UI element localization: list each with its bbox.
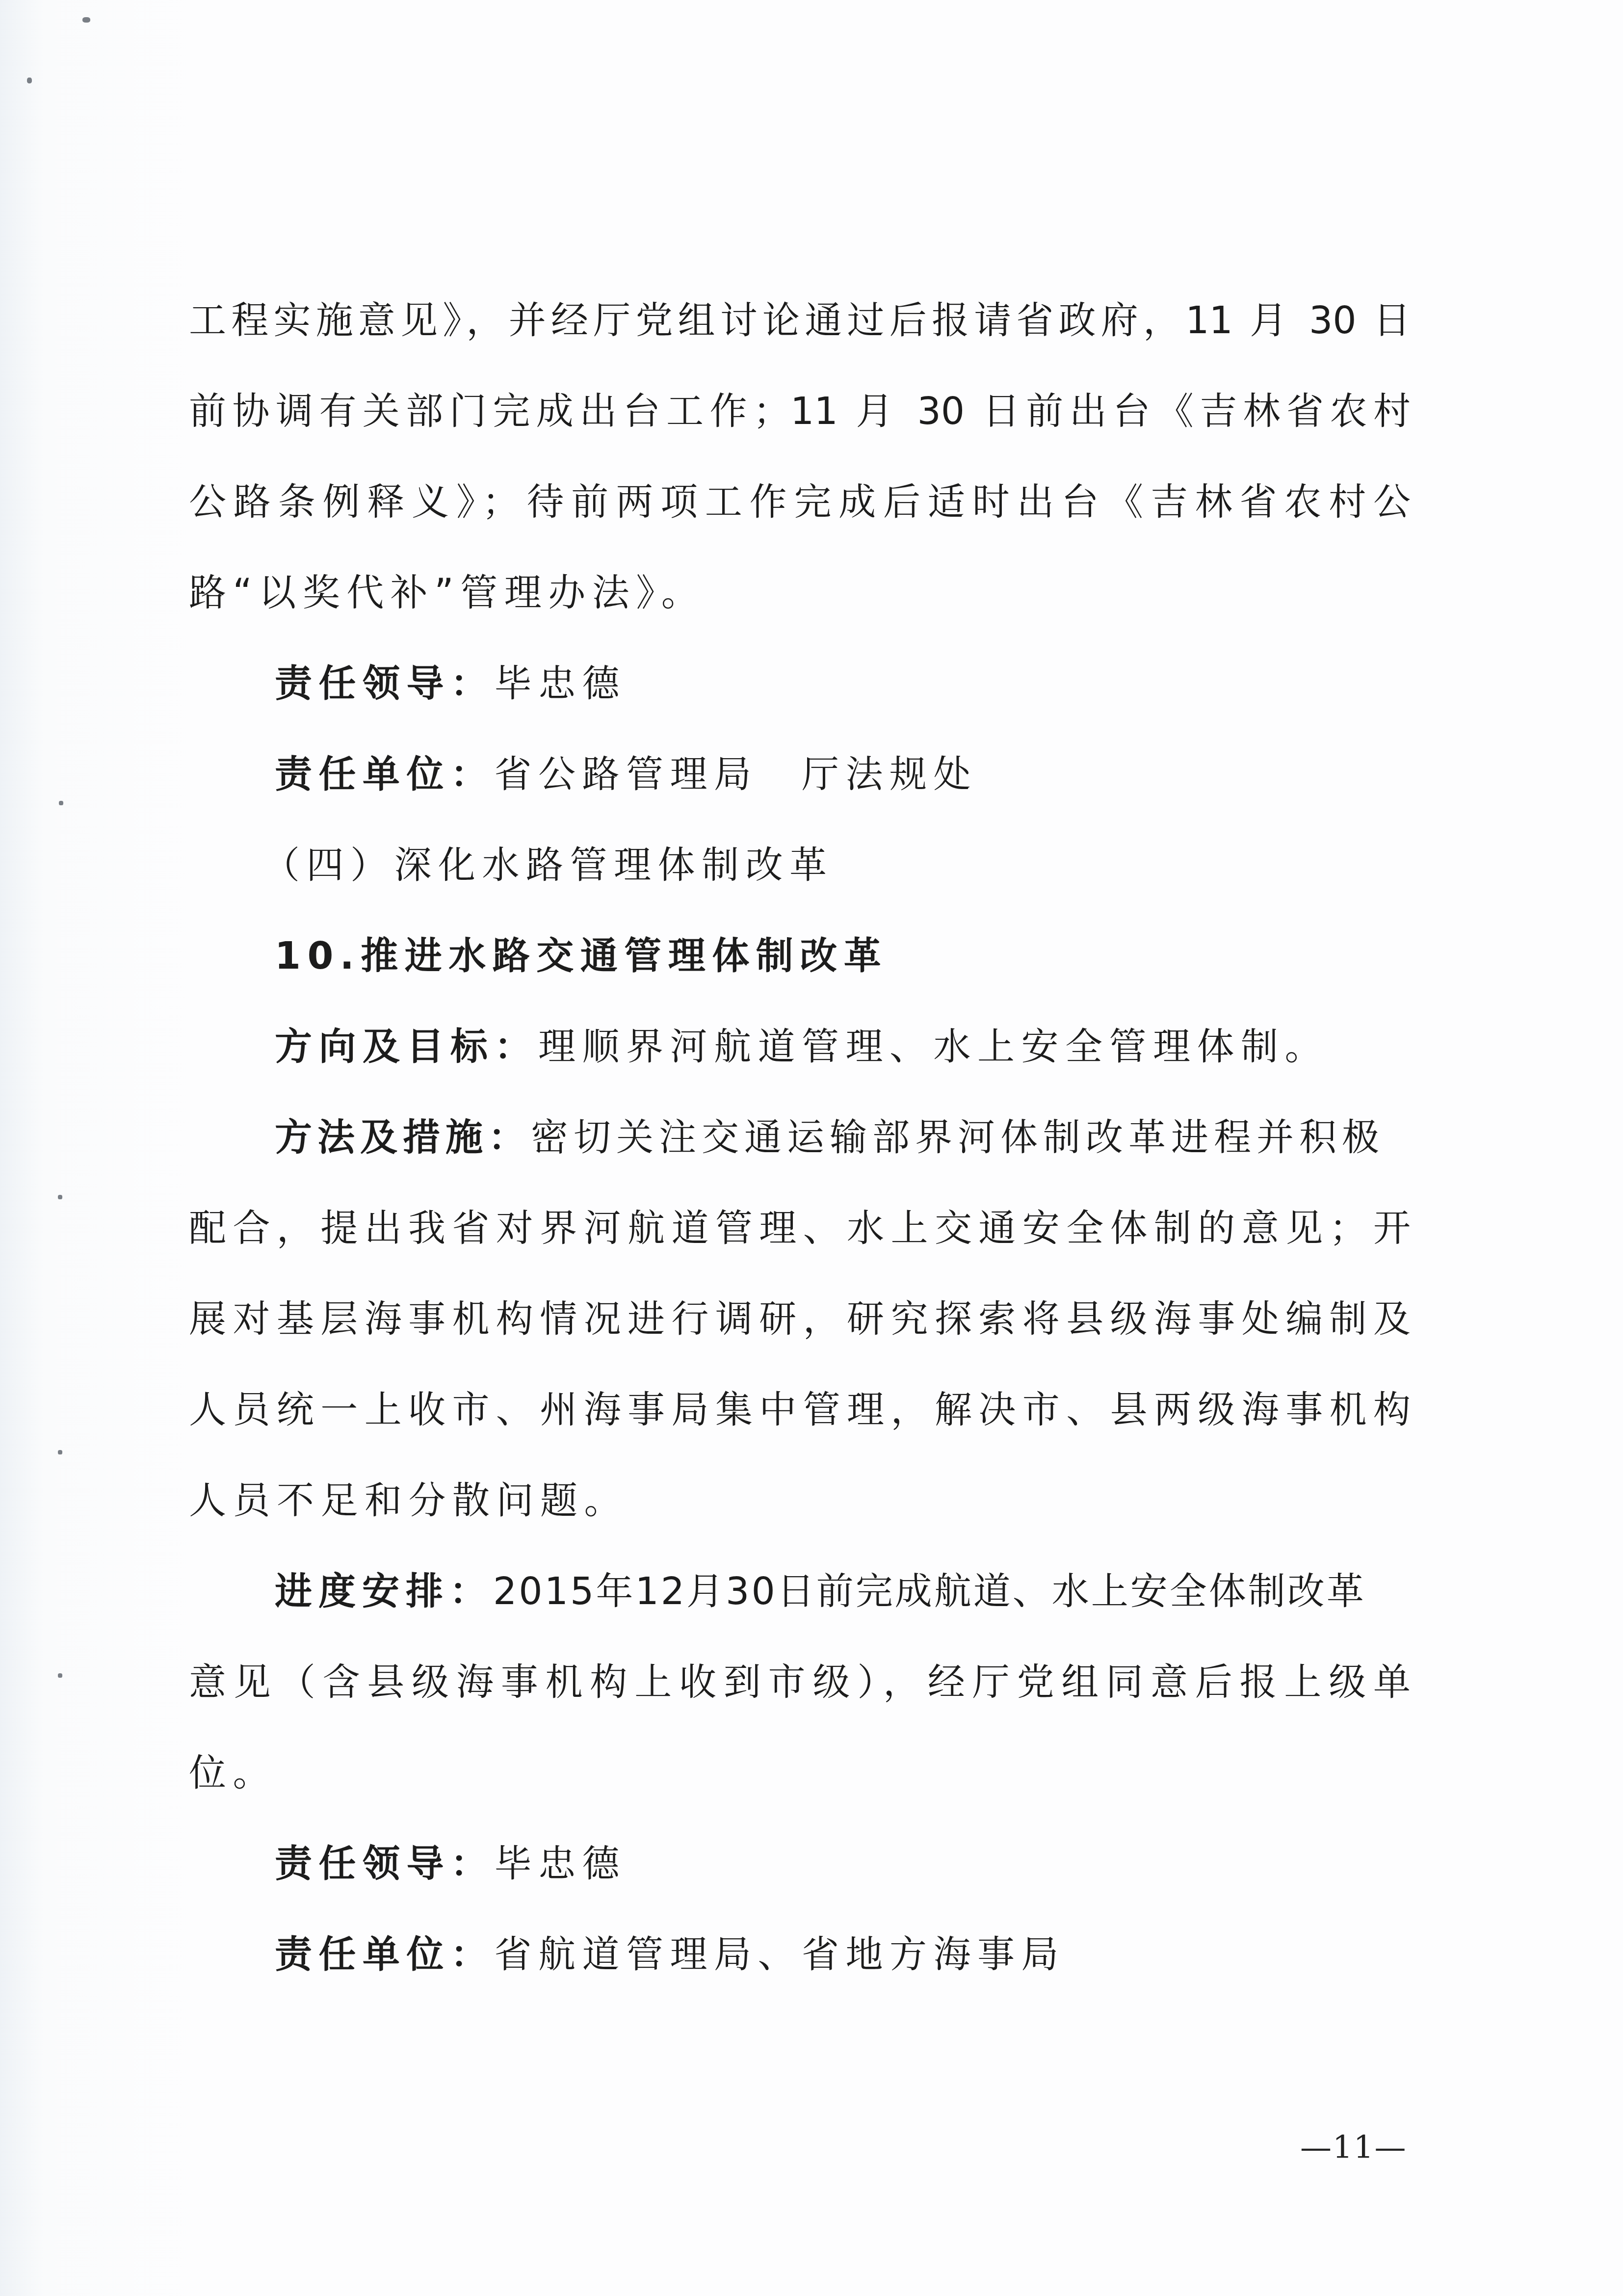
item-heading: 10.推进水路交通管理体制改革 xyxy=(189,910,1411,1001)
scan-mark xyxy=(27,78,32,83)
responsible-leader-line: 责任领导：毕忠德 xyxy=(189,1818,1411,1909)
body-line: 前协调有关部门完成出台工作；11 月 30 日前出台《吉林省农村 xyxy=(189,366,1411,456)
direction-goal-value: 理顺界河航道管理、水上安全管理体制。 xyxy=(538,1025,1329,1068)
scan-mark xyxy=(59,801,63,805)
scan-mark xyxy=(58,1673,62,1678)
scan-mark xyxy=(58,1195,62,1199)
section-heading: （四）深化水路管理体制改革 xyxy=(189,819,1411,910)
schedule-value: 2015年12月30日前完成航道、水上安全体制改革 xyxy=(493,1569,1366,1613)
direction-goal-line: 方向及目标：理顺界河航道管理、水上安全管理体制。 xyxy=(189,1001,1411,1092)
responsible-unit-label: 责任单位： xyxy=(275,752,495,796)
body-line: 配合，提出我省对界河航道管理、水上交通安全体制的意见；开 xyxy=(189,1183,1411,1273)
scanned-page: 工程实施意见》，并经厅党组讨论通过后报请省政府，11 月 30 日 前协调有关部… xyxy=(0,0,1623,2296)
responsible-leader-value: 毕忠德 xyxy=(495,661,627,705)
schedule-label: 进度安排： xyxy=(275,1569,493,1613)
scan-mark xyxy=(82,17,90,23)
methods-measures-line: 方法及措施：密切关注交通运输部界河体制改革进程并积极 xyxy=(189,1092,1411,1183)
responsible-unit-label: 责任单位： xyxy=(275,1932,495,1976)
responsible-unit-value: 省公路管理局 厅法规处 xyxy=(495,752,978,796)
responsible-leader-label: 责任领导： xyxy=(275,1842,495,1885)
scan-mark xyxy=(58,1450,62,1454)
methods-measures-label: 方法及措施： xyxy=(275,1115,531,1159)
body-line: 公路条例释义》；待前两项工作完成后适时出台《吉林省农村公 xyxy=(189,456,1411,547)
direction-goal-label: 方向及目标： xyxy=(275,1025,538,1068)
document-body: 工程实施意见》，并经厅党组讨论通过后报请省政府，11 月 30 日 前协调有关部… xyxy=(189,275,1411,2000)
body-line: 人员统一上收市、州海事局集中管理，解决市、县两级海事机构 xyxy=(189,1364,1411,1455)
responsible-leader-line: 责任领导：毕忠德 xyxy=(189,638,1411,729)
body-line: 路“以奖代补”管理办法》。 xyxy=(189,547,1411,638)
body-line: 展对基层海事机构情况进行调研，研究探索将县级海事处编制及 xyxy=(189,1273,1411,1364)
responsible-unit-line: 责任单位：省公路管理局 厅法规处 xyxy=(189,729,1411,819)
page-number: —11— xyxy=(1300,2130,1407,2166)
schedule-line: 进度安排：2015年12月30日前完成航道、水上安全体制改革 xyxy=(189,1546,1411,1636)
body-line: 意见（含县级海事机构上收到市级），经厅党组同意后报上级单 xyxy=(189,1636,1411,1727)
methods-measures-value: 密切关注交通运输部界河体制改革进程并积极 xyxy=(531,1115,1385,1159)
responsible-leader-label: 责任领导： xyxy=(275,661,495,705)
responsible-unit-line: 责任单位：省航道管理局、省地方海事局 xyxy=(189,1909,1411,2000)
responsible-leader-value: 毕忠德 xyxy=(495,1842,627,1885)
body-line: 人员不足和分散问题。 xyxy=(189,1455,1411,1546)
responsible-unit-value: 省航道管理局、省地方海事局 xyxy=(495,1932,1066,1976)
body-line: 工程实施意见》，并经厅党组讨论通过后报请省政府，11 月 30 日 xyxy=(189,275,1411,366)
body-line: 位。 xyxy=(189,1727,1411,1818)
